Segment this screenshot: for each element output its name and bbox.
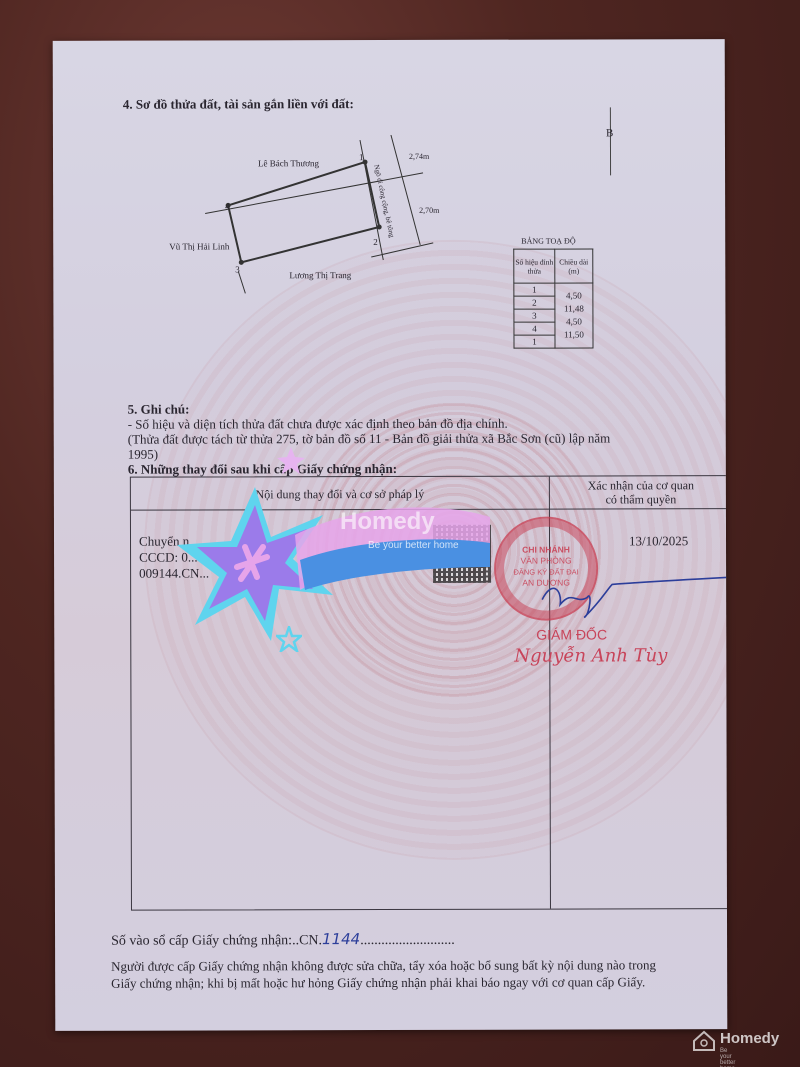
vertex-cell: 1 bbox=[514, 335, 555, 348]
vertex-cell: 3 bbox=[514, 309, 555, 322]
signer-name: Nguyễn Anh Tùy bbox=[514, 645, 667, 666]
note-line-2: (Thửa đất được tách từ thửa 275, tờ bản … bbox=[128, 430, 610, 446]
coord-header-vertex: Số hiệu đỉnh thửa bbox=[514, 249, 555, 283]
section5-title: 5. Ghi chú: bbox=[128, 402, 190, 418]
vertex-cell: 4 bbox=[514, 322, 555, 335]
neighbor-top: Lê Bách Thương bbox=[258, 158, 319, 168]
coord-table-title: BẢNG TOẠ ĐỘ bbox=[521, 237, 575, 246]
neighbor-bottom: Lương Thị Trang bbox=[289, 270, 351, 280]
length-cell: 4,50 bbox=[555, 289, 592, 302]
vertex-cell: 1 bbox=[514, 283, 555, 296]
small-star-icon bbox=[276, 626, 302, 652]
confirm-date: 13/10/2025 bbox=[629, 533, 688, 549]
length-cells: 4,5011,484,5011,50 bbox=[555, 283, 593, 348]
small-star-icon bbox=[276, 446, 306, 476]
register-label: Số vào sổ cấp Giấy chứng nhận:..CN. bbox=[111, 933, 322, 949]
register-number: 1144 bbox=[322, 930, 360, 948]
note-line-3: 1995) bbox=[128, 447, 158, 462]
road-width-top: 2,74m bbox=[409, 152, 429, 161]
north-label: B bbox=[606, 127, 613, 139]
length-cell: 11,50 bbox=[555, 328, 592, 341]
length-cell: 11,48 bbox=[555, 302, 592, 315]
section4-title: 4. Sơ đồ thửa đất, tài sản gắn liền với … bbox=[123, 96, 354, 113]
neighbor-left: Vũ Thị Hải Linh bbox=[169, 241, 229, 251]
register-line: Số vào sổ cấp Giấy chứng nhận:..CN.1144.… bbox=[111, 930, 455, 950]
warning-line-1: Người được cấp Giấy chứng nhận không đượ… bbox=[111, 957, 656, 974]
coord-header-length: Chiều dài (m) bbox=[555, 249, 593, 283]
corner-1: 1 bbox=[359, 152, 364, 162]
watermark-brand: Homedy bbox=[340, 508, 435, 536]
warning-line-2: Giấy chứng nhận; khi bị mất hoặc hư hỏng… bbox=[111, 974, 645, 991]
stamp-line: CHI NHÁNH bbox=[496, 544, 596, 555]
road-width-bottom: 2,70m bbox=[419, 206, 439, 215]
corner-2: 2 bbox=[373, 237, 378, 247]
vertex-cell: 2 bbox=[514, 296, 555, 309]
corner-3: 3 bbox=[235, 264, 240, 274]
length-cell: 4,50 bbox=[555, 315, 592, 328]
corner-4: 4 bbox=[225, 201, 230, 211]
corner-brand: Homedy bbox=[720, 1030, 779, 1047]
watermark-tagline: Be your better home bbox=[368, 540, 459, 551]
signer-title: GIÁM ĐỐC bbox=[536, 626, 607, 642]
changes-col2-header-2: có thẩm quyền bbox=[549, 492, 727, 507]
north-arrow-icon bbox=[610, 107, 611, 175]
coord-table: Số hiệu đỉnh thửaChiều dài (m) 14,5011,4… bbox=[513, 248, 593, 348]
home-logo-icon bbox=[692, 1030, 716, 1052]
signature-icon bbox=[532, 559, 727, 620]
corner-tagline: Be your better home bbox=[720, 1048, 735, 1067]
note-line-1: - Số hiệu và diện tích thửa đất chưa đượ… bbox=[128, 416, 508, 432]
register-dots: ........................... bbox=[360, 933, 455, 948]
